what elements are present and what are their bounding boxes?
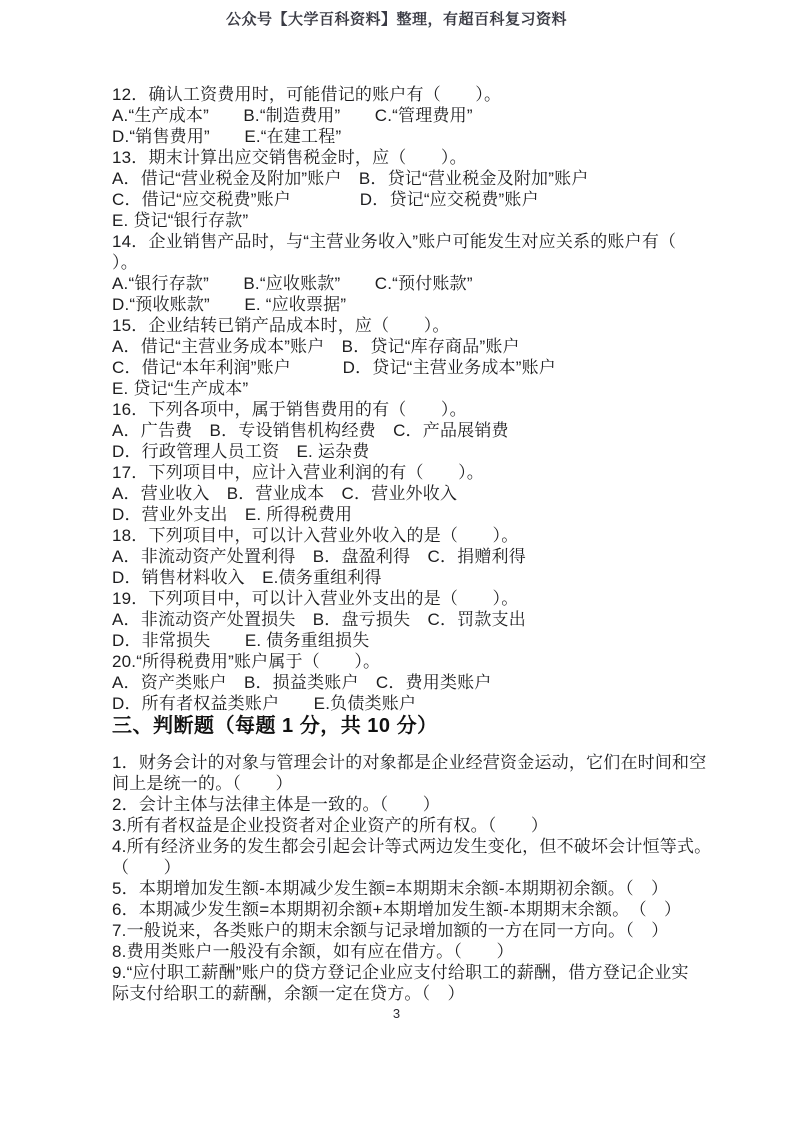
text-line: 19．下列项目中，可以计入营业外支出的是（ ）。 xyxy=(112,588,712,609)
text-line: D．非常损失 E. 债务重组损失 xyxy=(112,630,712,651)
text-line: A.“银行存款” B.“应收账款” C.“预付账款” xyxy=(112,273,712,294)
text-line: A．营业收入 B．营业成本 C．营业外收入 xyxy=(112,483,712,504)
text-line: 2．会计主体与法律主体是一致的。（ ） xyxy=(112,794,712,815)
text-line: A．非流动资产处置利得 B．盘盈利得 C．捐赠利得 xyxy=(112,546,712,567)
text-line: 18．下列项目中，可以计入营业外收入的是（ ）。 xyxy=(112,525,712,546)
text-line: 间上是统一的。（ ） xyxy=(112,773,712,794)
text-line: D.“预收账款” E. “应收票据” xyxy=(112,294,712,315)
text-line: D．行政管理人员工资 E. 运杂费 xyxy=(112,441,712,462)
judgment-section: 1．财务会计的对象与管理会计的对象都是企业经营资金运动，它们在时间和空间上是统一… xyxy=(112,752,712,1004)
text-line: A．非流动资产处置损失 B．盘亏损失 C．罚款支出 xyxy=(112,609,712,630)
text-line: 1．财务会计的对象与管理会计的对象都是企业经营资金运动，它们在时间和空 xyxy=(112,752,712,773)
text-line: D.“销售费用” E.“在建工程” xyxy=(112,126,712,147)
text-line: C．借记“本年利润”账户 D．贷记“主营业务成本”账户 xyxy=(112,357,712,378)
text-line: 7.一般说来，各类账户的期末余额与记录增加额的一方在同一方向。（ ） xyxy=(112,920,712,941)
text-line: 5．本期增加发生额-本期减少发生额=本期期末余额-本期期初余额。（ ） xyxy=(112,878,712,899)
text-line: （ ） xyxy=(112,857,712,878)
text-line: A.“生产成本” B.“制造费用” C.“管理费用” xyxy=(112,105,712,126)
page-number: 3 xyxy=(0,1006,793,1021)
text-line: A．资产类账户 B．损益类账户 C．费用类账户 xyxy=(112,672,712,693)
text-line: 17．下列项目中，应计入营业利润的有（ ）。 xyxy=(112,462,712,483)
document-page: 公众号【大学百科资料】整理，有超百科复习资料 12．确认工资费用时，可能借记的账… xyxy=(0,0,793,1122)
page-header-note: 公众号【大学百科资料】整理，有超百科复习资料 xyxy=(0,8,793,29)
text-line: 4.所有经济业务的发生都会引起会计等式两边发生变化，但不破坏会计恒等式。 xyxy=(112,836,712,857)
text-line: C．借记“应交税费”账户 D．贷记“应交税费”账户 xyxy=(112,189,712,210)
text-line: A．广告费 B．专设销售机构经费 C．产品展销费 xyxy=(112,420,712,441)
multiple-choice-section: 12．确认工资费用时，可能借记的账户有（ ）。A.“生产成本” B.“制造费用”… xyxy=(112,84,712,714)
section-heading-judgment: 三、判断题（每题 1 分，共 10 分） xyxy=(112,710,712,742)
text-line: 际支付给职工的薪酬，余额一定在贷方。（ ） xyxy=(112,983,712,1004)
text-line: 15．企业结转已销产品成本时，应（ ）。 xyxy=(112,315,712,336)
text-line: 3.所有者权益是企业投资者对企业资产的所有权。（ ） xyxy=(112,815,712,836)
text-line: D．销售材料收入 E.债务重组利得 xyxy=(112,567,712,588)
text-line: 16．下列各项中，属于销售费用的有（ ）。 xyxy=(112,399,712,420)
text-line: ）。 xyxy=(112,252,712,273)
text-line: 6．本期减少发生额=本期期初余额+本期增加发生额-本期期末余额。 （ ） xyxy=(112,899,712,920)
text-line: E. 贷记“生产成本” xyxy=(112,378,712,399)
text-line: 20.“所得税费用”账户属于（ ）。 xyxy=(112,651,712,672)
text-line: A．借记“营业税金及附加”账户 B．贷记“营业税金及附加”账户 xyxy=(112,168,712,189)
text-line: E. 贷记“银行存款” xyxy=(112,210,712,231)
text-line: A．借记“主营业务成本”账户 B．贷记“库存商品”账户 xyxy=(112,336,712,357)
text-line: 8.费用类账户一般没有余额，如有应在借方。（ ） xyxy=(112,941,712,962)
text-line: D．营业外支出 E. 所得税费用 xyxy=(112,504,712,525)
text-line: 9.“应付职工薪酬”账户的贷方登记企业应支付给职工的薪酬，借方登记企业实 xyxy=(112,962,712,983)
text-line: 12．确认工资费用时，可能借记的账户有（ ）。 xyxy=(112,84,712,105)
text-line: 14．企业销售产品时，与“主营业务收入”账户可能发生对应关系的账户有（ xyxy=(112,231,712,252)
text-line: 13．期末计算出应交销售税金时，应（ ）。 xyxy=(112,147,712,168)
